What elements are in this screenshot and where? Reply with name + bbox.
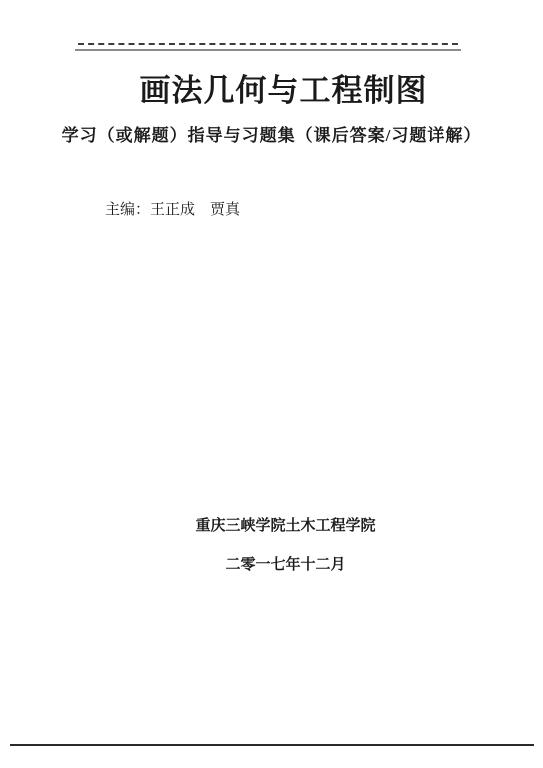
top-dashed-rule <box>78 43 458 45</box>
top-solid-rule <box>75 49 461 51</box>
publish-date-line: 二零一七年十二月 <box>28 555 543 575</box>
editor-line: 主编：王正成 贾真 <box>105 200 240 220</box>
institution-line: 重庆三峡学院土木工程学院 <box>28 516 543 536</box>
document-title: 画法几何与工程制图 <box>24 73 543 109</box>
bottom-rule <box>10 744 534 746</box>
document-page: 画法几何与工程制图 学习（或解题）指导与习题集（课后答案/习题详解） 主编：王正… <box>0 0 543 768</box>
document-subtitle: 学习（或解题）指导与习题集（课后答案/习题详解） <box>0 124 543 148</box>
